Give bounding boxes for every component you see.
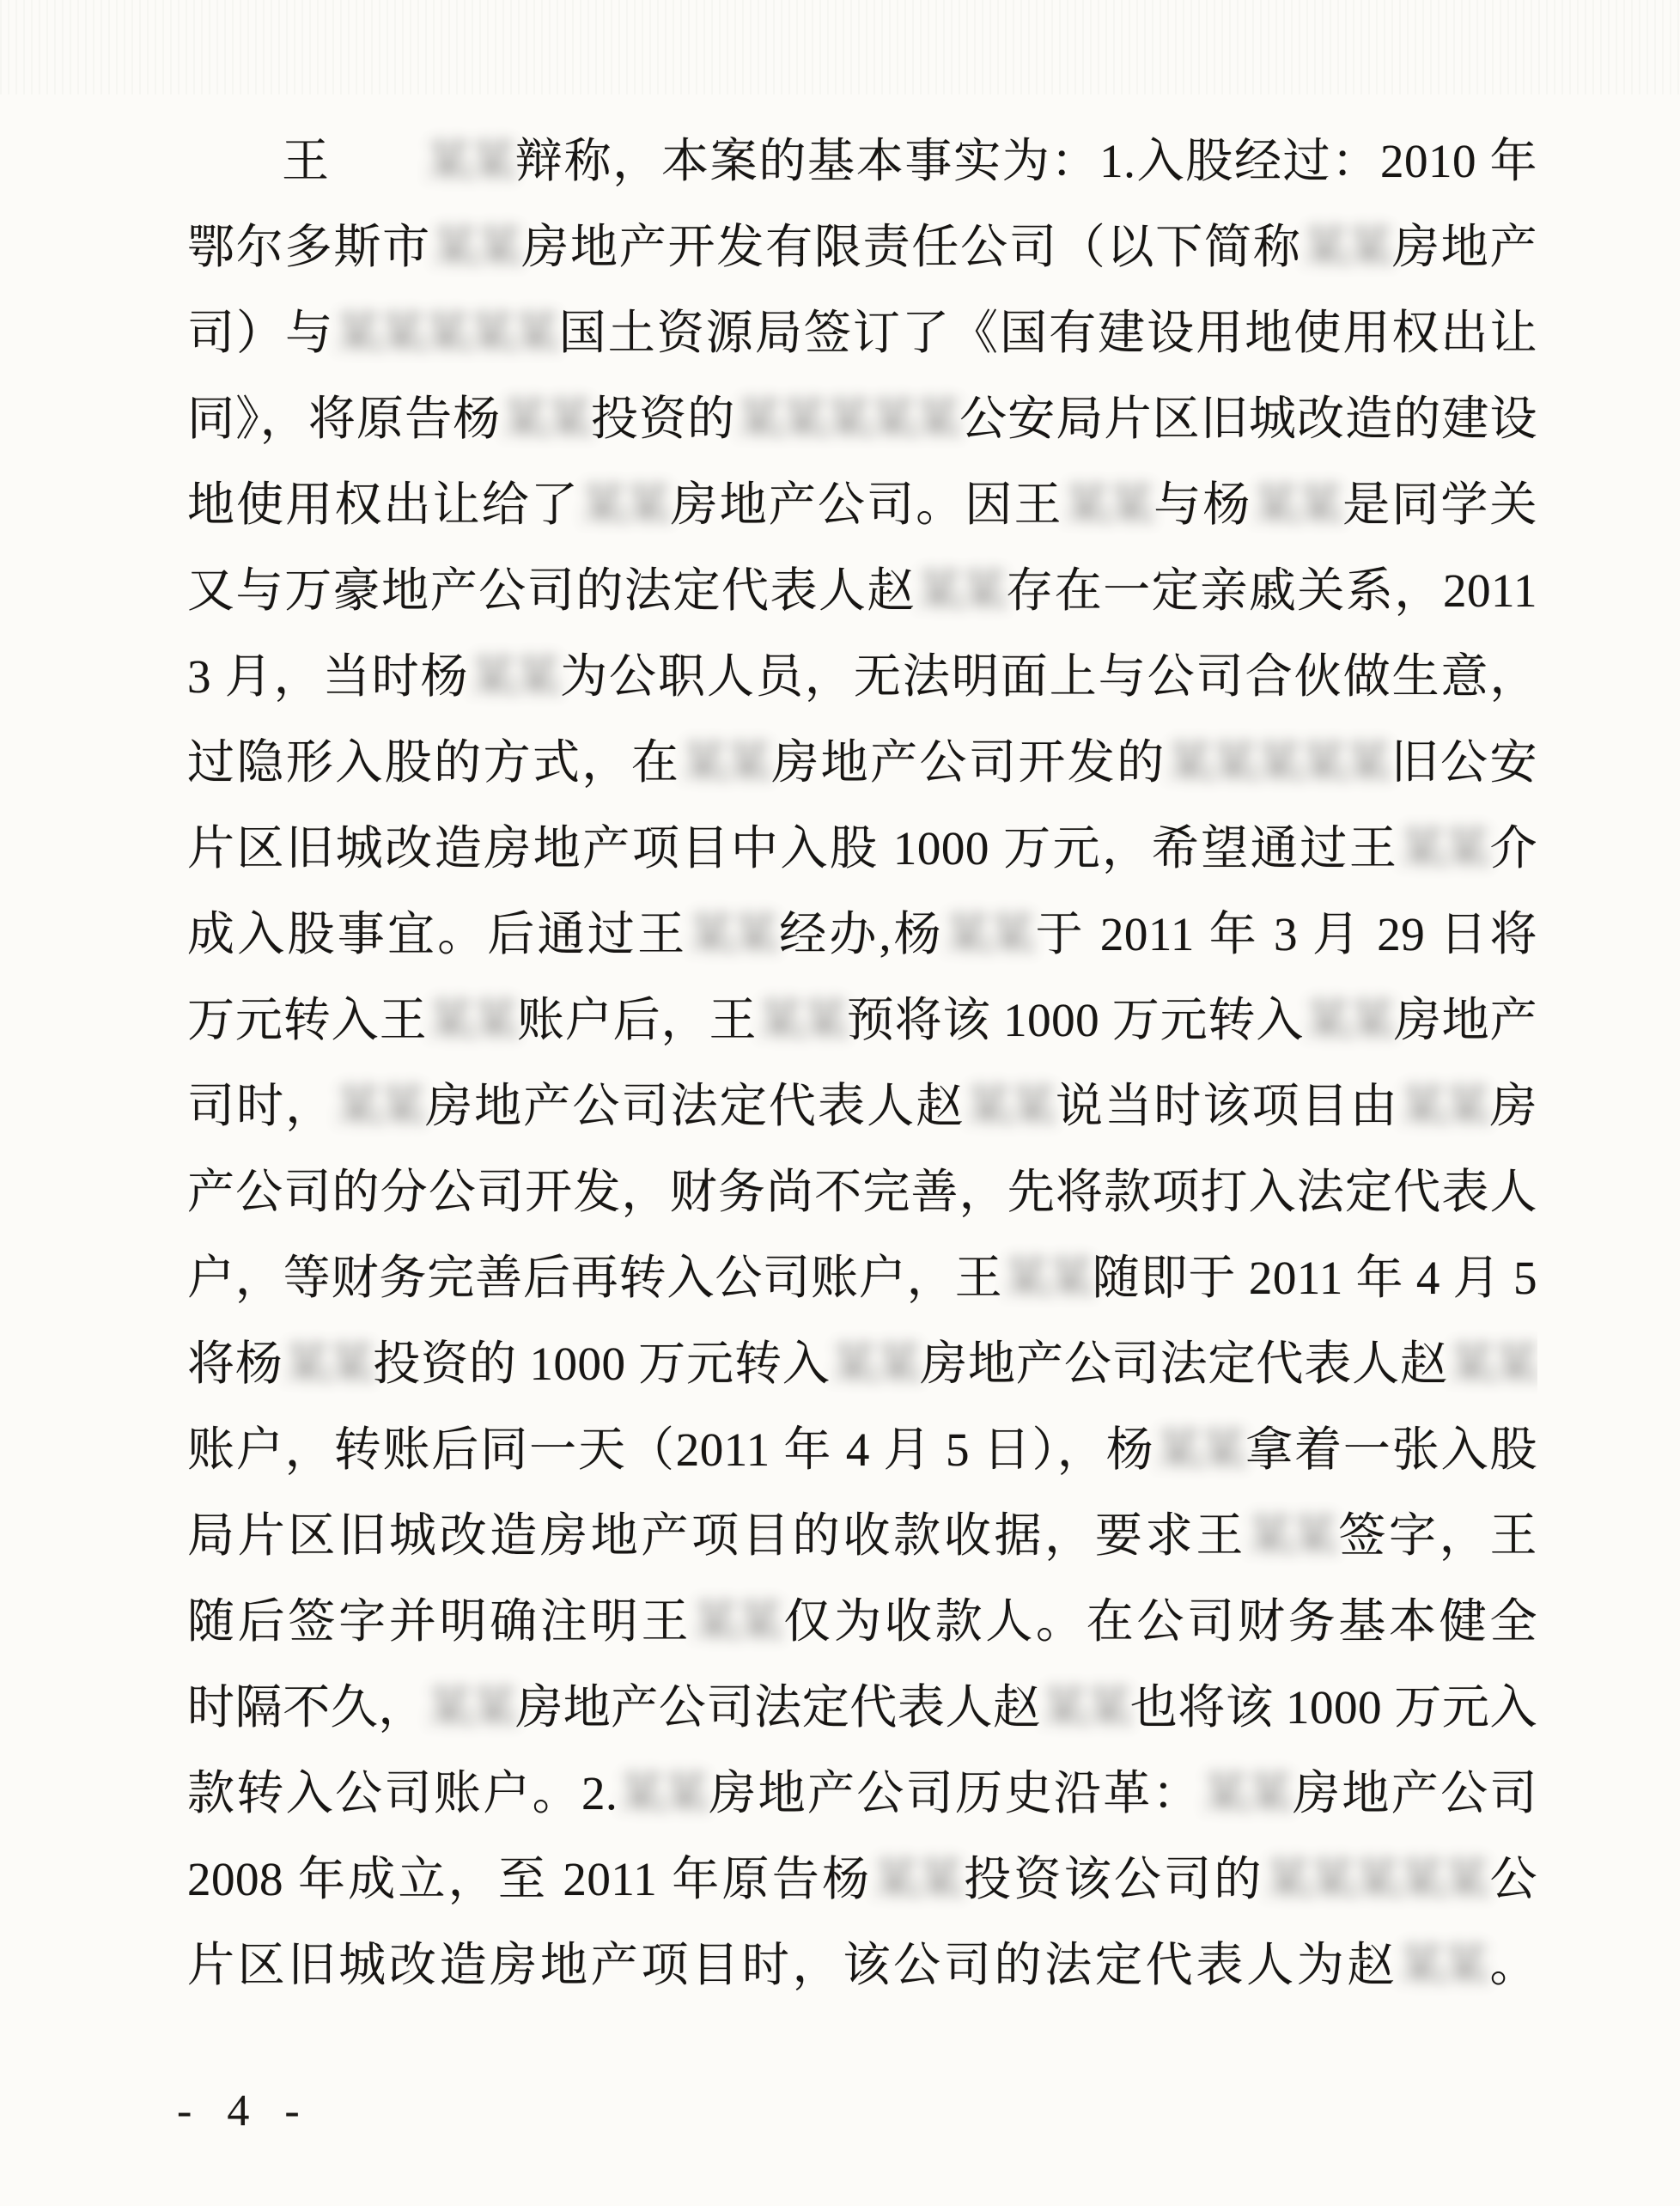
redacted-name: 某某	[1304, 979, 1393, 1062]
text-segment: 经办,杨	[776, 908, 943, 960]
redacted-name: 某某	[1002, 1237, 1092, 1319]
redacted-name: 某某	[831, 1323, 920, 1405]
document-body: 王某某辩称，本案的基本事实为：1.入股经过：2010 年 4 月，鄂尔多斯市某某…	[187, 119, 1537, 2008]
redacted-name: 某某	[1448, 1323, 1537, 1405]
redacted-name: 某某	[580, 464, 669, 546]
text-line: 产公司的分公司开发，财务尚不完善，先将款项打入法定代表人账	[187, 1149, 1537, 1235]
text-segment: 又与万豪地产公司的法定代表人赵	[187, 564, 916, 617]
text-segment: 账户后，王	[516, 994, 757, 1046]
text-segment: 局片区旧城改造房地产项目的收款收据，要求王	[187, 1509, 1246, 1562]
text-segment: 时隔不久，	[187, 1681, 426, 1734]
scan-artifact	[0, 0, 1680, 94]
redacted-name: 某某	[1202, 1752, 1291, 1835]
text-line: 随后签字并明确注明王某某仅为收款人。在公司财务基本健全后，	[187, 1579, 1537, 1665]
redacted-name: 某某	[427, 979, 516, 1062]
text-segment: 将杨	[187, 1338, 283, 1390]
text-line: 又与万豪地产公司的法定代表人赵某某存在一定亲戚关系，2011 年	[187, 548, 1537, 634]
page-number: - 4 -	[177, 2069, 312, 2154]
text-line: 成入股事宜。后通过王某某经办,杨某某于 2011 年 3 月 29 日将 100…	[187, 892, 1537, 978]
text-segment: 房地产公司开发的	[770, 736, 1166, 789]
text-segment: 同》，将原告杨	[187, 393, 501, 445]
text-segment: 地使用权出让给了	[187, 478, 580, 531]
text-line: 同》，将原告杨某某投资的某某某某某公安局片区旧城改造的建设用	[187, 376, 1537, 462]
redacted-name: 某某	[691, 1581, 781, 1663]
text-segment: 投资该公司的	[961, 1853, 1263, 1905]
text-segment: 房地产公司法定代表人赵	[423, 1080, 965, 1132]
redacted-name: 某某	[1399, 1065, 1488, 1148]
redacted-name: 某某某某某	[735, 378, 959, 460]
text-segment: 说当时该项目由	[1054, 1080, 1398, 1132]
text-segment: 片区旧城改造房地产项目时，该公司的法定代表人为赵	[187, 1939, 1397, 1991]
redacted-name: 某某	[1246, 1495, 1336, 1577]
redacted-name: 某某	[470, 636, 559, 718]
text-segment: 司）与	[187, 307, 334, 359]
text-segment: 随后签字并明确注明王	[187, 1595, 691, 1648]
text-line: 司时，某某房地产公司法定代表人赵某某说当时该项目由某某房地	[187, 1063, 1537, 1149]
text-line: 片区旧城改造房地产项目中入股 1000 万元，希望通过王某某介绍达	[187, 806, 1537, 892]
text-line: 鄂尔多斯市某某房地产开发有限责任公司（以下简称某某房地产公	[187, 204, 1537, 290]
text-line: 时隔不久，某某房地产公司法定代表人赵某某也将该 1000 万元入股	[187, 1665, 1537, 1751]
redacted-name: 某某	[431, 206, 520, 289]
text-segment: 投资的	[590, 393, 735, 445]
text-line: 地使用权出让给了某某房地产公司。因王某某与杨某某是同学关系，	[187, 462, 1537, 548]
text-segment: 投资的 1000 万元转入	[373, 1338, 831, 1390]
redacted-name: 某某	[501, 378, 590, 460]
redacted-name: 某某	[872, 1838, 961, 1921]
redacted-name: 某某	[687, 893, 776, 976]
text-segment: 3 月，当时杨	[187, 650, 470, 703]
redacted-name: 某某	[1398, 807, 1488, 890]
text-segment: 片区旧城改造房地产项目中入股 1000 万元，希望通过王	[187, 822, 1398, 874]
text-line: 片区旧城改造房地产项目时，该公司的法定代表人为赵某某。2023	[187, 1923, 1537, 2008]
text-line: 局片区旧城改造房地产项目的收款收据，要求王某某签字，王某某	[187, 1493, 1537, 1579]
text-segment: 预将该 1000 万元转入	[846, 994, 1304, 1046]
redacted-name: 某某	[1397, 1924, 1487, 2007]
text-segment: 户，等财务完善后再转入公司账户，王	[187, 1252, 1002, 1304]
text-line: 户，等财务完善后再转入公司账户，王某某随即于 2011 年 4 月 5 日，	[187, 1235, 1537, 1321]
text-segment: 成入股事宜。后通过王	[187, 908, 687, 960]
text-segment: 款转入公司账户。2.	[187, 1767, 618, 1819]
text-line: 过隐形入股的方式，在某某房地产公司开发的某某某某某旧公安局	[187, 720, 1537, 806]
text-line: 司）与某某某某某国土资源局签订了《国有建设用地使用权出让合	[187, 290, 1537, 376]
redacted-name: 某某	[1063, 464, 1153, 546]
text-line: 2008 年成立，至 2011 年原告杨某某投资该公司的某某某某某公安局	[187, 1837, 1537, 1923]
text-segment: 房地产公司。因王	[669, 478, 1063, 531]
text-line: 王某某辩称，本案的基本事实为：1.入股经过：2010 年 4 月，	[187, 119, 1537, 204]
text-segment: 2008 年成立，至 2011 年原告杨	[187, 1853, 872, 1905]
text-line: 3 月，当时杨某某为公职人员，无法明面上与公司合伙做生意，想通	[187, 634, 1537, 720]
redacted-name: 某某	[1302, 206, 1391, 289]
text-segment: 账户，转账后同一天（2011 年 4 月 5 日），杨	[187, 1423, 1155, 1476]
text-segment: 房地产公司法定代表人赵	[515, 1681, 1041, 1734]
redacted-name: 某某	[916, 550, 1005, 632]
text-segment: 与杨	[1153, 478, 1252, 531]
text-segment: 司时，	[187, 1080, 334, 1132]
redacted-name: 某某某某某	[1264, 1838, 1488, 1921]
text-segment: 签字，王	[1336, 1509, 1537, 1562]
text-segment: 王	[282, 135, 331, 187]
redacted-name: 某某	[426, 1667, 515, 1749]
redacted-name: 某某	[618, 1752, 707, 1835]
redacted-name: 某某	[1251, 464, 1341, 546]
redacted-name: 某某	[1155, 1409, 1245, 1491]
scanned-court-document-page: 王某某辩称，本案的基本事实为：1.入股经过：2010 年 4 月，鄂尔多斯市某某…	[0, 0, 1680, 2206]
text-segment: 房地产公司历史沿革：	[707, 1767, 1202, 1819]
redacted-name: 某某某某某	[334, 292, 557, 375]
text-line: 万元转入王某某账户后，王某某预将该 1000 万元转入某某房地产公	[187, 978, 1537, 1063]
redacted-name: 某某某某某	[1166, 722, 1390, 804]
redacted-name: 某某	[757, 979, 846, 1062]
text-line: 账户，转账后同一天（2011 年 4 月 5 日），杨某某拿着一张入股公安	[187, 1407, 1537, 1493]
text-segment: 房地产开发有限责任公司（以下简称	[520, 221, 1302, 273]
redacted-name: 某某	[944, 893, 1033, 976]
redacted-name: 某某	[331, 120, 514, 203]
text-line: 将杨某某投资的 1000 万元转入某某房地产公司法定代表人赵某某的	[187, 1321, 1537, 1407]
text-segment: 过隐形入股的方式，在	[187, 736, 680, 789]
text-segment: 万元转入王	[187, 994, 427, 1046]
redacted-name: 某某	[334, 1065, 423, 1148]
redacted-name: 某某	[283, 1323, 373, 1405]
text-segment: 鄂尔多斯市	[187, 221, 431, 273]
text-segment: 产公司的分公司开发，财务尚不完善，先将款项打入法定代表人账	[187, 1166, 1537, 1235]
redacted-name: 某某	[965, 1065, 1054, 1148]
text-segment: 房地产公司法定代表人赵	[920, 1338, 1448, 1390]
redacted-name: 某某	[680, 722, 770, 804]
redacted-name: 某某	[1041, 1667, 1130, 1749]
text-line: 款转入公司账户。2.某某房地产公司历史沿革：某某房地产公司于	[187, 1751, 1537, 1837]
